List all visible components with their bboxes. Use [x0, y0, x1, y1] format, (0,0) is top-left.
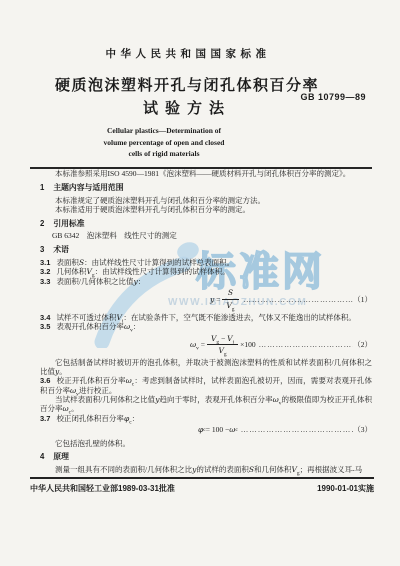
english-subtitle-line3: cells of rigid materials — [0, 148, 328, 160]
fraction: Vg − ViVg — [207, 334, 238, 356]
document-body: 本标准参照采用ISO 4590—1981《泡沫塑料——硬质材料开孔与闭孔体积百分… — [0, 163, 400, 477]
term-3-1: 3.1表面积S：由试样线性尺寸计算得到的试样总表面积。 — [40, 258, 372, 267]
footer-approval: 中华人民共和国轻工业部1989-03-31批准 — [30, 483, 175, 494]
equation-number-1: （1） — [353, 295, 372, 304]
section-1-paragraph-1: 本标准规定了硬质泡沫塑料开孔与闭孔体积百分率的测定方法。 — [40, 196, 372, 205]
footer-effective-date: 1990-01-01实施 — [317, 483, 374, 494]
term-3-4: 3.4试样不可透过体积Vi：在试验条件下，空气既不能渗透进去，气体又不能逸出的试… — [40, 313, 372, 322]
document-footer: 中华人民共和国轻工业部1989-03-31批准 1990-01-01实施 — [30, 477, 374, 494]
term-3-3: 3.3表面积/几何体积之比值y： — [40, 277, 372, 286]
term-3-6: 3.6校正开孔体积百分率ωc：考虑到制备试样时，试样表面泡孔被切开，因而，需要对… — [40, 376, 372, 395]
formula-1: y = SVg ……………………………………………………………………………… （… — [40, 288, 372, 310]
section-2-heading: 2引用标准 — [40, 219, 372, 228]
english-subtitle-line1: Cellular plastics—Determination of — [0, 125, 328, 137]
standard-label: 中华人民共和国国家标准 — [0, 46, 400, 61]
section-3-heading: 3术语 — [40, 245, 372, 254]
term-3-2: 3.2几何体积Vg：由试样线性尺寸计算得到的试样体积。 — [40, 267, 372, 276]
equation-number-3: （3） — [353, 425, 372, 434]
formula-2: ωv = Vg − ViVg ×100 ……………………………………………………… — [40, 334, 372, 356]
paragraph-after-3-7: 它包括泡孔壁的体积。 — [40, 439, 372, 448]
document-page: 标准网 WWW.IBIAOZHUN.COM 中华人民共和国国家标准 硬质泡沫塑料… — [0, 0, 400, 566]
section-4-paragraph: 测量一组具有不同的表面积/几何体积之比y的试样的表面积S和几何体积Vg；再根据波… — [40, 465, 372, 474]
term-3-5: 3.5表观开孔体积百分率ωv： — [40, 322, 372, 331]
paragraph-after-3-5: 它包括制备试样时被切开的泡孔体积，并取决于被测泡沫塑料的性质和试样表面积/几何体… — [40, 358, 372, 377]
section-4-heading: 4原理 — [40, 452, 372, 461]
footer-rule — [30, 477, 374, 479]
equation-number-2: （2） — [353, 340, 372, 349]
formula-1-expression: y = SVg — [210, 288, 241, 310]
paragraph-3-6-note: 当试样表面积/几何体积之比值y趋向于零时，表观开孔体积百分率ωv的极限值即为校正… — [40, 395, 372, 414]
leader-dots: ……………………………………………………………………………… — [256, 340, 354, 349]
section-1-paragraph-2: 本标准适用于硬质泡沫塑料开孔与闭孔体积百分率的测定。 — [40, 205, 372, 214]
leader-dots: …………………………………………………………………………………………… — [238, 425, 353, 434]
formula-3: φc = 100 − ωc ……………………………………………………………………… — [40, 425, 372, 434]
document-header: 中华人民共和国国家标准 硬质泡沫塑料开孔与闭孔体积百分率 试验方法 GB 107… — [0, 0, 400, 169]
term-3-7: 3.7校正闭孔体积百分率φc： — [40, 414, 372, 423]
standard-number: GB 10799—89 — [300, 92, 366, 102]
english-subtitle: Cellular plastics—Determination of volum… — [0, 125, 400, 160]
leader-dots: ……………………………………………………………………………… — [241, 295, 354, 304]
referenced-standard: GB 6342 泡沫塑料 线性尺寸的测定 — [52, 231, 372, 240]
fraction: SVg — [222, 288, 238, 310]
section-1-heading: 1主题内容与适用范围 — [40, 183, 372, 192]
english-subtitle-line2: volume percentage of open and closed — [0, 137, 328, 149]
intro-paragraph: 本标准参照采用ISO 4590—1981《泡沫塑料——硬质材料开孔与闭孔体积百分… — [40, 169, 372, 178]
formula-3-expression: φc = 100 − ωc — [198, 425, 238, 434]
formula-2-expression: ωv = Vg − ViVg ×100 — [190, 334, 256, 356]
